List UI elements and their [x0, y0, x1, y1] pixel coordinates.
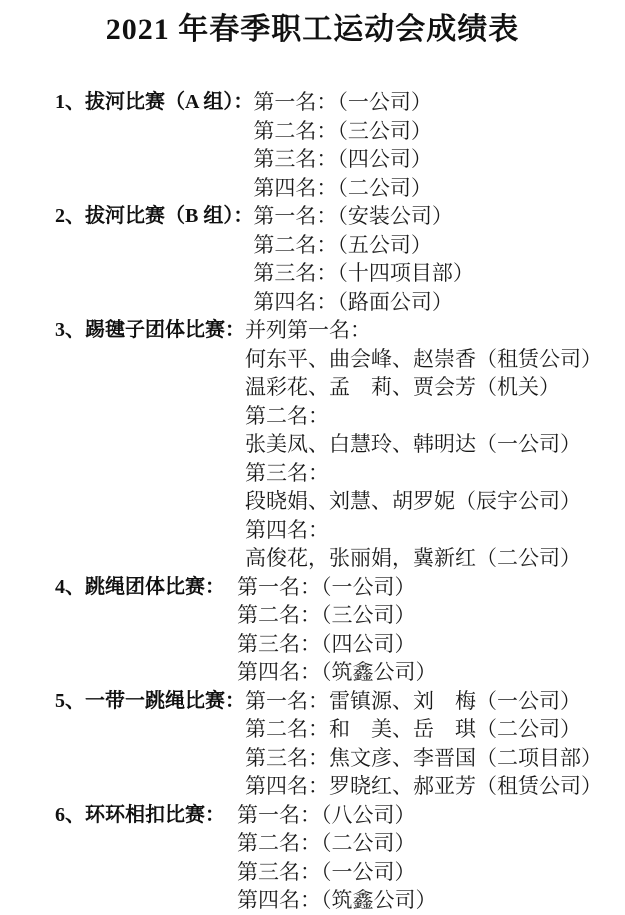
event-row: 1、拔河比赛（A 组）： 第一名：（一公司）第二名：（三公司）第三名：（四公司）…	[55, 88, 605, 202]
result-line: 段晓娟、刘慧、胡罗妮（辰宇公司）	[245, 487, 605, 516]
event-results: 并列第一名：何东平、曲会峰、赵崇香（租赁公司）温彩花、孟 莉、贾会芳（机关）第二…	[245, 316, 605, 573]
event-results: 第一名：（安装公司）第二名：（五公司）第三名：（十四项目部）第四名：（路面公司）	[253, 202, 605, 316]
result-line: 第四名：（二公司）	[253, 174, 605, 203]
event-label: 4、跳绳团体比赛：	[55, 573, 237, 602]
event-row: 5、一带一跳绳比赛： 第一名：雷镇源、刘 梅（一公司）第二名：和 美、岳 琪（二…	[55, 687, 605, 801]
document-page: 2021 年春季职工运动会成绩表 1、拔河比赛（A 组）： 第一名：（一公司）第…	[0, 0, 625, 915]
results-list: 1、拔河比赛（A 组）： 第一名：（一公司）第二名：（三公司）第三名：（四公司）…	[55, 88, 605, 915]
result-line: 第三名：（四公司）	[253, 145, 605, 174]
event-label: 3、踢毽子团体比赛：	[55, 316, 245, 345]
event-row: 3、踢毽子团体比赛： 并列第一名：何东平、曲会峰、赵崇香（租赁公司）温彩花、孟 …	[55, 316, 605, 573]
event-row: 2、拔河比赛（B 组）： 第一名：（安装公司）第二名：（五公司）第三名：（十四项…	[55, 202, 605, 316]
page-title: 2021 年春季职工运动会成绩表	[0, 0, 625, 47]
event-label: 1、拔河比赛（A 组）：	[55, 88, 253, 117]
result-line: 第一名：（安装公司）	[253, 202, 605, 231]
event-results: 第一名：（八公司）第二名：（二公司）第三名：（一公司）第四名：（筑鑫公司）	[237, 801, 605, 915]
event-results: 第一名：（一公司）第二名：（三公司）第三名：（四公司）第四名：（二公司）	[253, 88, 605, 202]
result-line: 第一名：（八公司）	[237, 801, 605, 830]
result-line: 第三名：	[245, 459, 605, 488]
event-row: 4、跳绳团体比赛： 第一名：（一公司）第二名：（三公司）第三名：（四公司）第四名…	[55, 573, 605, 687]
result-line: 第三名：（一公司）	[237, 858, 605, 887]
event-label: 5、一带一跳绳比赛：	[55, 687, 245, 716]
result-line: 第二名：	[245, 402, 605, 431]
event-results: 第一名：雷镇源、刘 梅（一公司）第二名：和 美、岳 琪（二公司）第三名：焦文彦、…	[245, 687, 605, 801]
event-label: 2、拔河比赛（B 组）：	[55, 202, 253, 231]
result-line: 第四名：	[245, 516, 605, 545]
event-label: 6、环环相扣比赛：	[55, 801, 237, 830]
result-line: 第四名：（路面公司）	[253, 288, 605, 317]
result-line: 并列第一名：	[245, 316, 605, 345]
result-line: 第四名：（筑鑫公司）	[237, 886, 605, 915]
result-line: 第一名：（一公司）	[237, 573, 605, 602]
result-line: 高俊花，张丽娟，冀新红（二公司）	[245, 544, 605, 573]
result-line: 第二名：（五公司）	[253, 231, 605, 260]
result-line: 温彩花、孟 莉、贾会芳（机关）	[245, 373, 605, 402]
result-line: 第三名：焦文彦、李晋国（二项目部）	[245, 744, 605, 773]
result-line: 第一名：（一公司）	[253, 88, 605, 117]
result-line: 何东平、曲会峰、赵崇香（租赁公司）	[245, 345, 605, 374]
result-line: 第三名：（十四项目部）	[253, 259, 605, 288]
result-line: 第一名：雷镇源、刘 梅（一公司）	[245, 687, 605, 716]
event-results: 第一名：（一公司）第二名：（三公司）第三名：（四公司）第四名：（筑鑫公司）	[237, 573, 605, 687]
result-line: 第二名：（三公司）	[253, 117, 605, 146]
result-line: 第三名：（四公司）	[237, 630, 605, 659]
event-row: 6、环环相扣比赛： 第一名：（八公司）第二名：（二公司）第三名：（一公司）第四名…	[55, 801, 605, 915]
result-line: 张美凤、白慧玲、韩明达（一公司）	[245, 430, 605, 459]
result-line: 第二名：（三公司）	[237, 601, 605, 630]
result-line: 第二名：（二公司）	[237, 829, 605, 858]
result-line: 第二名：和 美、岳 琪（二公司）	[245, 715, 605, 744]
result-line: 第四名：（筑鑫公司）	[237, 658, 605, 687]
result-line: 第四名：罗晓红、郝亚芳（租赁公司）	[245, 772, 605, 801]
